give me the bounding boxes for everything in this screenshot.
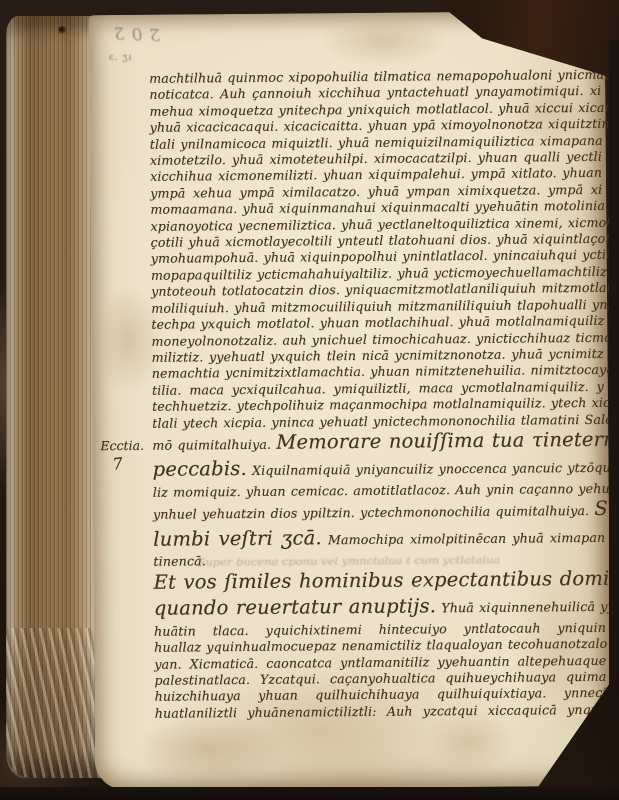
manuscript-text-segment: ynhuel yehuatzin dios ypiltzin. yctechmo… [153,503,589,522]
manuscript-text-segment: Mamochipa ximolpitinēcan yhuā ximapan [328,530,605,547]
manuscript-text-segment: peccabis. [152,457,246,481]
manuscript-photo: 202 ɛ. ʒı Super bucena cponu vel ymnctal… [0,0,619,800]
stain [135,714,286,785]
manuscript-line: Et vos ſimiles hominibus expectantibus d… [153,567,605,597]
manuscript-text-segment: quando reuertatur anuptijs. [154,595,436,620]
manuscript-text-segment: Yhuā xiquinnenehuilicā yye [441,599,619,616]
background-right-edge [609,40,619,760]
manuscript-text-segment: Et vos ſimiles hominibus expectantibus d… [153,566,619,594]
manuscript-line: lumbi veſtri ʒcā. Mamochipa ximolpitinēc… [153,524,605,554]
manuscript-line: mō quimitalhuiya. Memorare nouiſſima tua… [152,428,604,458]
manuscript-text-segment: huatlaniliztli yhuānenamictiliztli: Auh … [155,702,607,721]
manuscript-text-segment: tinencā. [153,554,206,569]
manuscript-line: huatlaniliztli yhuānenamictiliztli: Auh … [155,702,607,722]
background-bottom-band [0,787,619,800]
bleedthrough-smudge: ɛ. ʒı [109,53,132,63]
text-block: machtilhuā quinmoc xipopohuilia tilmatic… [149,67,607,722]
margin-note-label: Ecctia. [100,438,144,453]
manuscript-text-segment: Memorare nouiſſima tua τineternūnon [276,427,619,453]
manuscript-text-segment: Xiquilnamiquiā yniyancuiliz ynoccenca ya… [252,460,619,478]
manuscript-page: 202 ɛ. ʒı Super bucena cponu vel ymnctal… [89,11,612,790]
stain [425,712,516,773]
manuscript-text-segment: mō quimitalhuiya. [152,437,271,453]
manuscript-text-segment: lumbi veſtri ʒcā. [153,526,322,550]
margin-note: Ecctia. 7 [100,439,144,470]
margin-note-number: 7 [112,454,145,471]
manuscript-line: peccabis. Xiquilnamiquiā yniyancuiliz yn… [152,454,604,484]
manuscript-line: ynhuel yehuatzin dios ypiltzin. yctechmo… [153,497,605,527]
bleedthrough-page-number: 202 [106,22,161,44]
stain [319,14,449,67]
manuscript-line: quando reuertatur anuptijs. Yhuā xiquinn… [154,593,606,623]
edge-speck [58,26,67,34]
